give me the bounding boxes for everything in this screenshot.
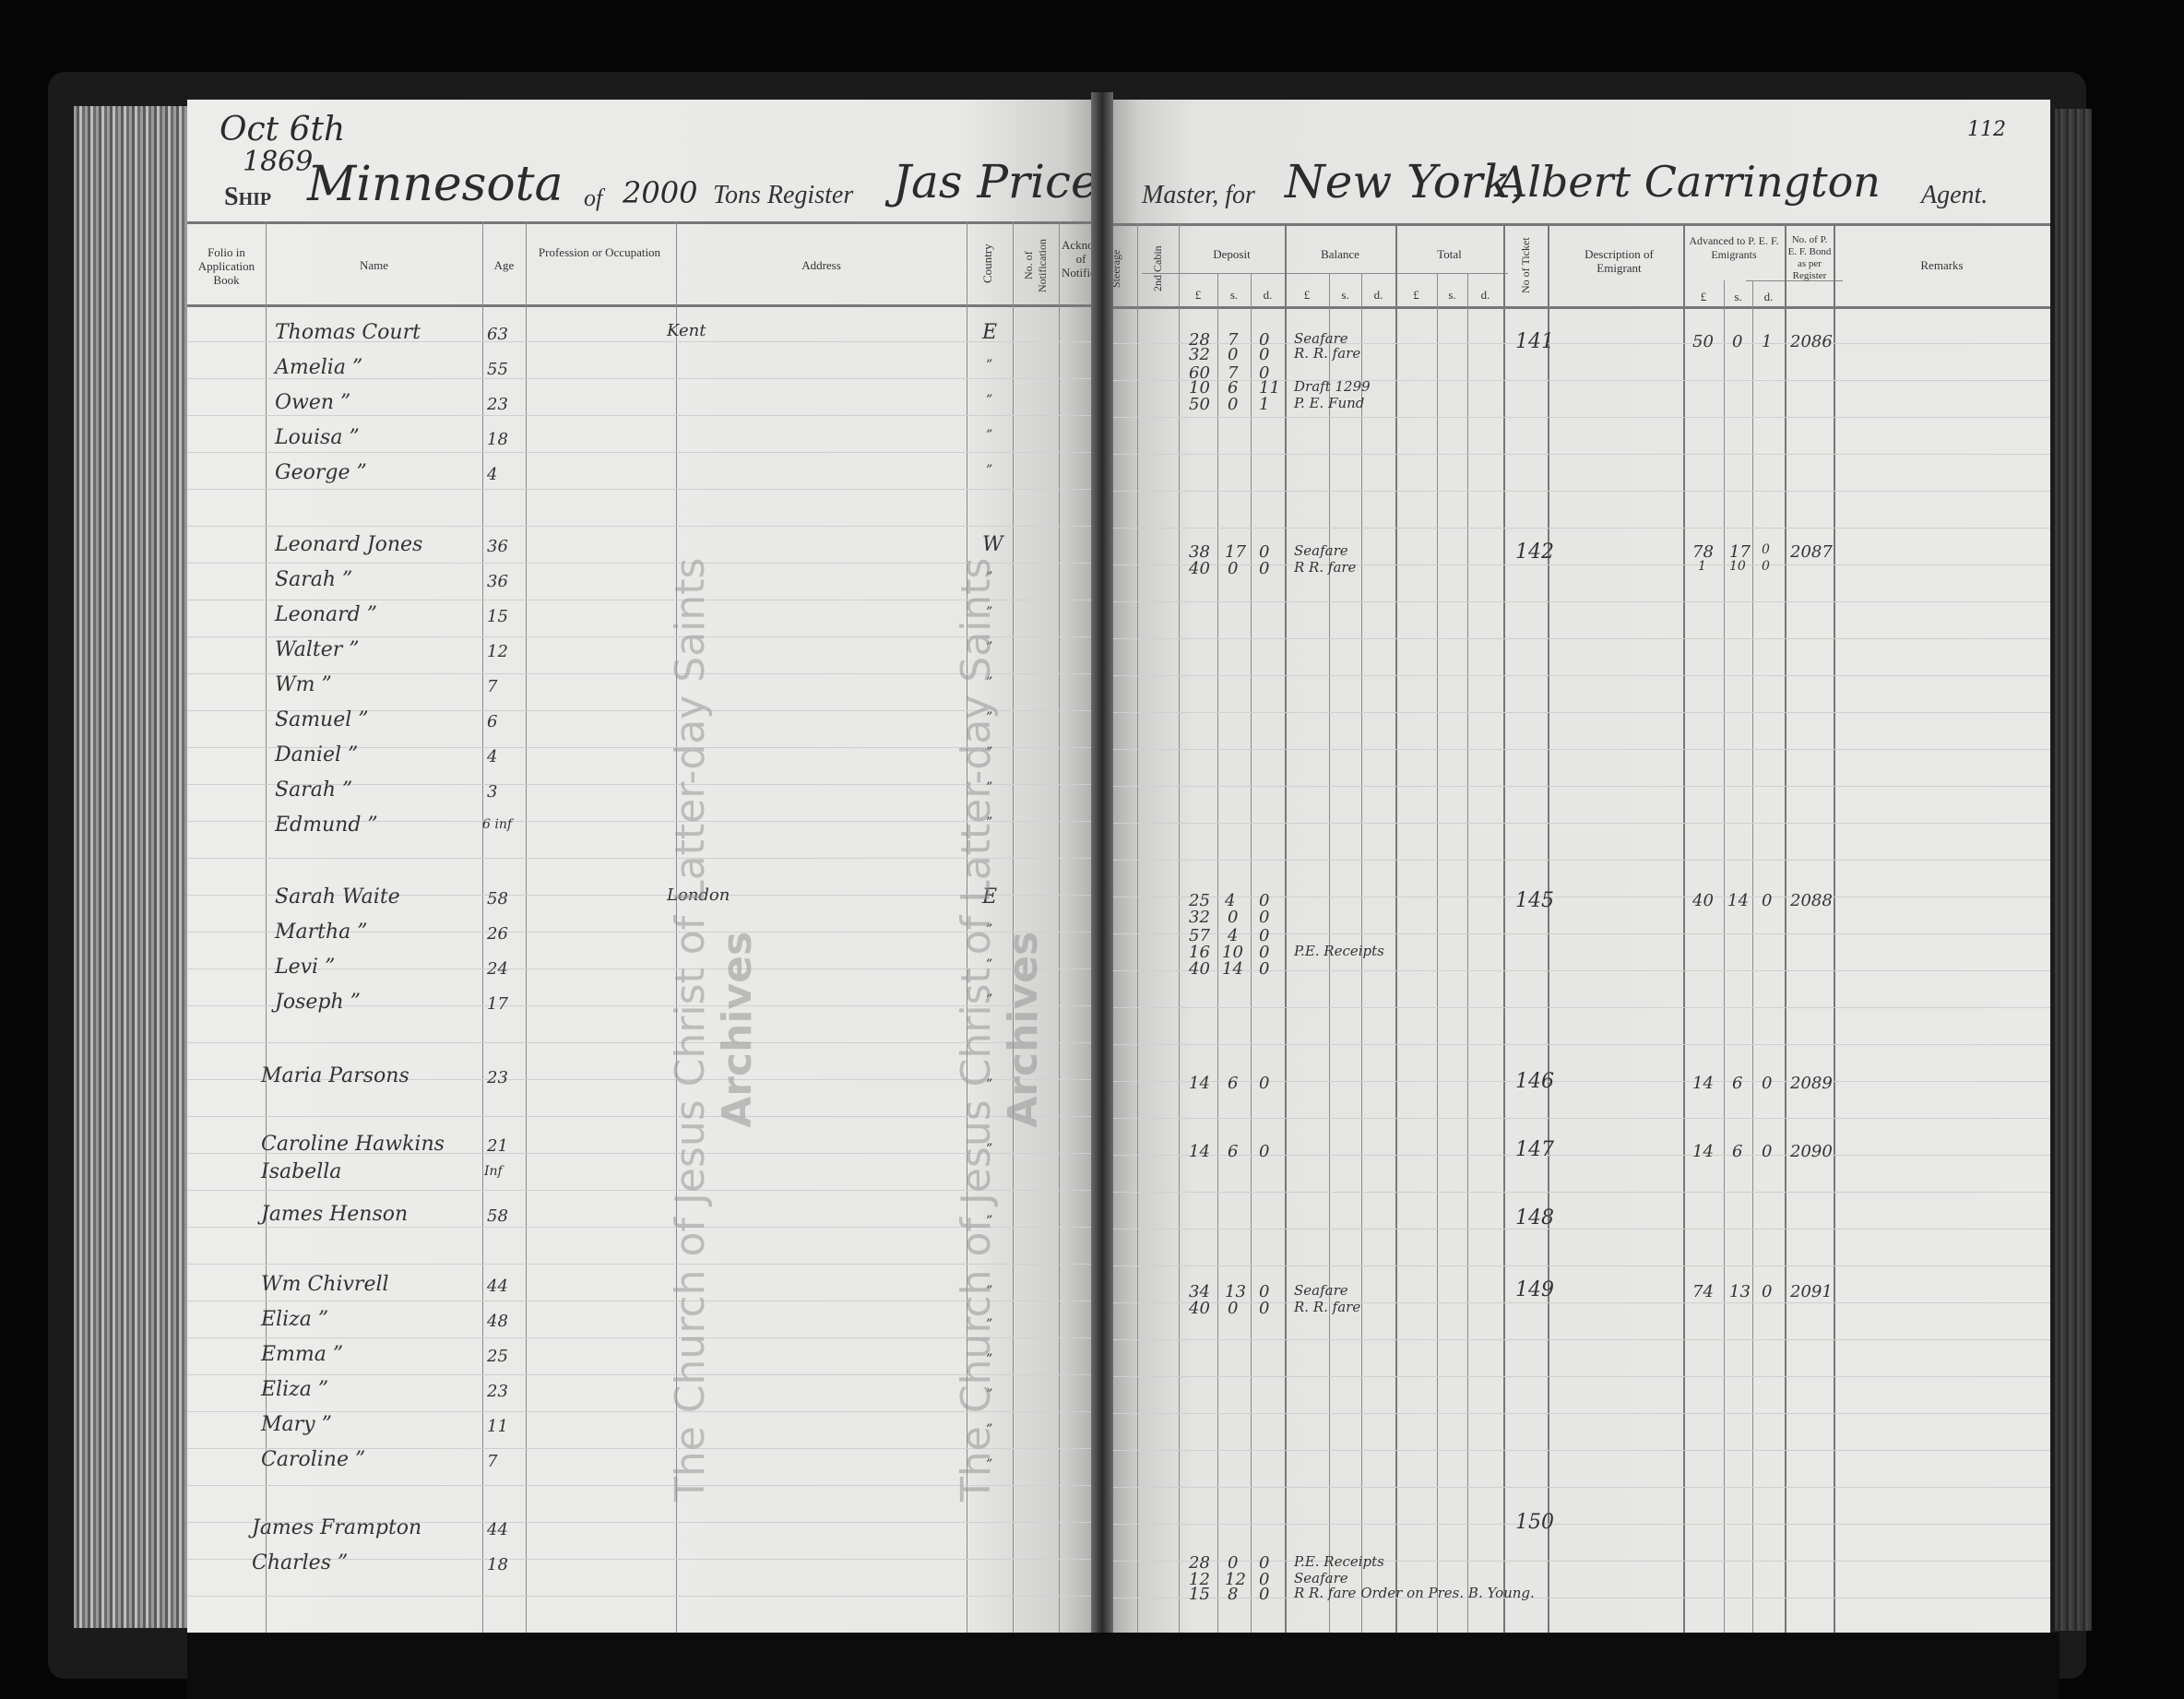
deposit-pounds: 14 bbox=[1189, 1074, 1210, 1093]
col-description: Description of Emigrant bbox=[1561, 247, 1677, 275]
advanced-pence: d. bbox=[1752, 290, 1785, 303]
row-rule bbox=[1100, 1265, 2050, 1266]
deposit-shillings: 8 bbox=[1228, 1585, 1238, 1604]
col-divider bbox=[1437, 273, 1438, 1649]
watermark-line2: Archives bbox=[1000, 558, 1047, 1502]
deposit-pounds: 40 bbox=[1189, 559, 1210, 578]
row-rule bbox=[1100, 1413, 2050, 1414]
deposit-pounds: 40 bbox=[1189, 1299, 1210, 1318]
entry-age: 44 bbox=[487, 1277, 508, 1296]
row-rule bbox=[1100, 1376, 2050, 1377]
entry-name: Daniel ” bbox=[275, 743, 358, 766]
col-profession: Profession or Occupation bbox=[530, 245, 669, 259]
entry-age: 6 bbox=[487, 712, 497, 731]
row-rule bbox=[1100, 343, 2050, 344]
col-divider bbox=[1285, 223, 1287, 1649]
total-subrule bbox=[1409, 273, 1508, 274]
advanced-shilling: s. bbox=[1724, 290, 1752, 303]
col-second-cabin: 2nd Cabin bbox=[1151, 236, 1165, 301]
deposit-pence: 1 bbox=[1259, 395, 1269, 414]
balance-pound: £ bbox=[1285, 288, 1329, 302]
entry-name: Eliza ” bbox=[261, 1308, 328, 1331]
ticket-number: 147 bbox=[1515, 1138, 1554, 1161]
entry-age: 36 bbox=[487, 572, 508, 591]
deposit-shillings: 6 bbox=[1228, 1074, 1238, 1093]
deposit-note: P.E. Receipts bbox=[1294, 1553, 1384, 1570]
row-rule bbox=[1100, 454, 2050, 455]
deposit-pence: 0 bbox=[1259, 1299, 1269, 1318]
entry-age: 23 bbox=[487, 1382, 508, 1401]
row-rule bbox=[1100, 1229, 2050, 1230]
col-divider bbox=[1724, 280, 1725, 1649]
entry-name: Samuel ” bbox=[275, 708, 369, 731]
col-divider bbox=[1548, 223, 1549, 1649]
deposit-shillings: 0 bbox=[1228, 1299, 1238, 1318]
row-rule bbox=[1100, 1524, 2050, 1525]
ticket-number: 150 bbox=[1515, 1511, 1554, 1534]
entry-name: Leonard Jones bbox=[275, 533, 422, 556]
deposit-pence: 0 bbox=[1259, 1074, 1269, 1093]
row-rule bbox=[1100, 1561, 2050, 1562]
entry-age: 7 bbox=[487, 1452, 497, 1471]
deposit-pence: 0 bbox=[1259, 1142, 1269, 1161]
ticket-number: 149 bbox=[1515, 1278, 1554, 1301]
row-rule bbox=[1100, 380, 2050, 381]
balance-pence: d. bbox=[1361, 288, 1395, 302]
entry-age: 21 bbox=[487, 1136, 508, 1156]
col-folio: Folio in Application Book bbox=[187, 245, 266, 287]
entry-age: 23 bbox=[487, 1068, 508, 1087]
entry-age: 25 bbox=[487, 1347, 508, 1366]
entry-age: Inf bbox=[484, 1164, 503, 1179]
archive-watermark: The Church of Jesus Christ of Latter-day… bbox=[953, 558, 1047, 1502]
ticket-number: 145 bbox=[1515, 889, 1554, 912]
entry-name: Leonard ” bbox=[275, 603, 377, 626]
page-number: 112 bbox=[1967, 118, 2006, 141]
deposit-shillings: 0 bbox=[1228, 908, 1238, 927]
deposit-pounds: 32 bbox=[1189, 345, 1210, 364]
header-bottom-rule bbox=[187, 304, 1100, 307]
row-rule bbox=[1100, 675, 2050, 676]
header-top-rule bbox=[187, 221, 1100, 224]
bond-number: 2088 bbox=[1790, 891, 1833, 910]
archive-watermark: The Church of Jesus Christ of Latter-day… bbox=[667, 558, 761, 1502]
destination: New York, bbox=[1285, 155, 1525, 208]
col-divider bbox=[1329, 273, 1330, 1649]
entry-age: 6 inf bbox=[482, 817, 512, 832]
advanced-shillings: 13 bbox=[1729, 1282, 1751, 1301]
advanced-pounds: 14 bbox=[1692, 1074, 1714, 1093]
advanced-pence-extra: 0 bbox=[1762, 559, 1770, 574]
col-divider bbox=[1251, 273, 1252, 1649]
entry-age: 23 bbox=[487, 395, 508, 414]
entry-age: 18 bbox=[487, 430, 508, 449]
row-rule bbox=[1100, 1598, 2050, 1598]
entry-name: Thomas Court bbox=[275, 321, 421, 344]
advanced-pounds: 50 bbox=[1692, 332, 1714, 351]
deposit-note: R R. fare Order on Pres. B. Young. bbox=[1294, 1585, 1535, 1601]
entry-address: Kent bbox=[667, 321, 706, 340]
advanced-shillings: 6 bbox=[1732, 1142, 1742, 1161]
advanced-pence: 0 bbox=[1762, 1074, 1772, 1093]
total-pence: d. bbox=[1467, 288, 1503, 302]
row-rule bbox=[187, 415, 1100, 416]
col-name: Name bbox=[266, 258, 482, 272]
ship-tons: 2000 bbox=[623, 175, 697, 210]
row-rule bbox=[1100, 897, 2050, 897]
agent-label: Agent. bbox=[1921, 181, 1988, 210]
deposit-pence: 0 bbox=[1259, 908, 1269, 927]
row-rule bbox=[1100, 1192, 2050, 1193]
entry-country: ” bbox=[986, 358, 992, 373]
advanced-shillings: 14 bbox=[1727, 891, 1749, 910]
ship-name: Minnesota bbox=[307, 157, 564, 212]
row-rule bbox=[1100, 712, 2050, 713]
deposit-subrule bbox=[1142, 273, 1303, 274]
advanced-pounds: 40 bbox=[1692, 891, 1714, 910]
entry-name: Wm ” bbox=[275, 673, 332, 696]
row-rule bbox=[1100, 860, 2050, 861]
bottom-shadow bbox=[187, 1633, 2059, 1699]
entry-name: Louisa ” bbox=[275, 426, 360, 449]
col-divider bbox=[1834, 223, 1835, 1649]
entry-name: Isabella bbox=[261, 1160, 341, 1183]
row-rule bbox=[1100, 564, 2050, 565]
col-divider bbox=[1683, 223, 1685, 1649]
entry-country: ” bbox=[986, 393, 992, 408]
deposit-note: R. R. fare bbox=[1294, 1299, 1360, 1315]
entry-name: Charles ” bbox=[252, 1551, 348, 1574]
row-rule bbox=[1100, 933, 2050, 934]
advanced-shillings: 0 bbox=[1732, 332, 1742, 351]
col-deposit: Deposit bbox=[1179, 247, 1285, 261]
advanced-pence: 0 bbox=[1762, 542, 1770, 557]
row-rule bbox=[187, 1596, 1100, 1597]
ticket-number: 148 bbox=[1515, 1206, 1554, 1230]
advanced-pence: 1 bbox=[1762, 332, 1772, 351]
entry-age: 44 bbox=[487, 1520, 508, 1539]
deposit-pounds: 40 bbox=[1189, 959, 1210, 979]
row-rule bbox=[1100, 601, 2050, 602]
row-rule bbox=[1100, 491, 2050, 492]
deposit-pence: 0 bbox=[1259, 559, 1269, 578]
advanced-pence: 0 bbox=[1762, 1282, 1772, 1301]
bond-number: 2087 bbox=[1790, 542, 1833, 562]
col-divider bbox=[1059, 221, 1060, 1649]
entry-name: James Henson bbox=[261, 1203, 408, 1226]
entry-name: Amelia ” bbox=[275, 356, 362, 379]
total-shilling: s. bbox=[1437, 288, 1467, 302]
row-rule bbox=[1100, 749, 2050, 750]
entry-age: 24 bbox=[487, 959, 508, 979]
deposit-shillings: 0 bbox=[1228, 559, 1238, 578]
ticket-number: 142 bbox=[1515, 541, 1554, 564]
deposit-note: Seafare bbox=[1294, 1282, 1348, 1299]
row-rule bbox=[1100, 1118, 2050, 1119]
tons-register-label: Tons Register bbox=[713, 181, 853, 210]
entry-name: Owen ” bbox=[275, 391, 350, 414]
entry-age: 58 bbox=[487, 889, 508, 909]
entry-name: Maria Parsons bbox=[261, 1064, 409, 1087]
col-divider bbox=[482, 221, 483, 1649]
ticket-number: 146 bbox=[1515, 1070, 1554, 1093]
row-rule bbox=[1100, 417, 2050, 418]
right-page: Master, for New York, Albert Carrington … bbox=[1100, 100, 2050, 1649]
col-divider bbox=[1395, 223, 1397, 1649]
entry-country: E bbox=[982, 321, 997, 344]
row-rule bbox=[1100, 1339, 2050, 1340]
entry-age: 26 bbox=[487, 924, 508, 944]
entry-country: W bbox=[982, 533, 1003, 556]
advanced-pounds: 14 bbox=[1692, 1142, 1714, 1161]
col-total: Total bbox=[1395, 247, 1503, 261]
deposit-pounds: 14 bbox=[1189, 1142, 1210, 1161]
deposit-note: P.E. Receipts bbox=[1294, 943, 1384, 959]
deposit-pounds: 32 bbox=[1189, 908, 1210, 927]
col-age: Age bbox=[482, 258, 526, 272]
entry-name: Caroline ” bbox=[261, 1448, 365, 1471]
row-rule bbox=[1100, 1450, 2050, 1451]
col-remarks: Remarks bbox=[1834, 258, 2050, 272]
row-rule bbox=[187, 489, 1100, 490]
header-bottom-rule bbox=[1100, 306, 2050, 309]
deposit-pence: 0 bbox=[1259, 959, 1269, 979]
col-divider bbox=[1785, 223, 1786, 1649]
row-rule bbox=[187, 526, 1100, 527]
entry-age: 18 bbox=[487, 1555, 508, 1574]
deposit-pence: 0 bbox=[1259, 345, 1269, 364]
row-rule bbox=[187, 452, 1100, 453]
entry-age: 7 bbox=[487, 677, 497, 696]
entry-age: 15 bbox=[487, 607, 508, 626]
row-rule bbox=[1100, 638, 2050, 639]
row-rule bbox=[1100, 1487, 2050, 1488]
row-rule bbox=[1100, 1155, 2050, 1156]
row-rule bbox=[1100, 786, 2050, 787]
entry-name: Joseph ” bbox=[275, 991, 361, 1014]
deposit-shillings: 0 bbox=[1228, 395, 1238, 414]
entry-name: Martha ” bbox=[275, 921, 368, 944]
deposit-pounds: 50 bbox=[1189, 395, 1210, 414]
entry-name: Emma ” bbox=[261, 1343, 343, 1366]
advanced-pence: 0 bbox=[1762, 1142, 1772, 1161]
deposit-note: Seafare bbox=[1294, 542, 1348, 559]
col-ticket-no: No of Ticket bbox=[1519, 229, 1533, 303]
entry-age: 12 bbox=[487, 642, 508, 661]
total-pound: £ bbox=[1395, 288, 1437, 302]
agent-name: Albert Carrington bbox=[1497, 157, 1881, 207]
header-top-rule bbox=[1100, 223, 2050, 226]
col-notification-no: No. of Notification bbox=[1022, 229, 1050, 303]
entry-name: Caroline Hawkins bbox=[261, 1133, 445, 1156]
entry-age: 36 bbox=[487, 537, 508, 556]
advanced-shillings: 6 bbox=[1732, 1074, 1742, 1093]
entry-age: 17 bbox=[487, 994, 508, 1014]
entry-country: ” bbox=[986, 428, 992, 443]
col-advanced: Advanced to P. E. F. Emigrants bbox=[1683, 234, 1785, 262]
entry-name: Wm Chivrell bbox=[261, 1273, 389, 1296]
entry-name: Sarah Waite bbox=[275, 885, 400, 909]
bond-number: 2090 bbox=[1790, 1142, 1833, 1161]
col-divider bbox=[1467, 273, 1468, 1649]
col-bond: No. of P. E. F. Bond as per Register bbox=[1786, 234, 1833, 282]
page-edges-right bbox=[2055, 109, 2092, 1631]
bond-number: 2091 bbox=[1790, 1282, 1833, 1301]
col-address: Address bbox=[676, 258, 967, 272]
entry-name: Sarah ” bbox=[275, 778, 352, 802]
deposit-shillings: 14 bbox=[1222, 959, 1243, 979]
entry-name: George ” bbox=[275, 461, 367, 484]
deposit-shillings: 6 bbox=[1228, 1142, 1238, 1161]
entry-name: Mary ” bbox=[261, 1413, 332, 1436]
col-divider bbox=[1179, 223, 1180, 1649]
entry-age: 58 bbox=[487, 1206, 508, 1226]
entry-name: Sarah ” bbox=[275, 568, 352, 591]
entry-name: Edmund ” bbox=[275, 814, 378, 837]
advanced-pound: £ bbox=[1683, 290, 1724, 303]
page-edges-left bbox=[74, 106, 189, 1628]
deposit-pound: £ bbox=[1179, 288, 1217, 302]
entry-name: James Frampton bbox=[252, 1516, 421, 1539]
watermark-line2: Archives bbox=[714, 558, 761, 1502]
deposit-pounds: 15 bbox=[1189, 1585, 1210, 1604]
advanced-pence: 0 bbox=[1762, 891, 1772, 910]
entry-age: 48 bbox=[487, 1312, 508, 1331]
book-gutter bbox=[1091, 92, 1113, 1660]
watermark-line1: The Church of Jesus Christ of Latter-day… bbox=[667, 558, 714, 1502]
entry-age: 11 bbox=[487, 1417, 508, 1436]
deposit-pence: d. bbox=[1251, 288, 1285, 302]
col-divider bbox=[1503, 223, 1505, 1649]
row-rule bbox=[1100, 823, 2050, 824]
col-divider bbox=[1217, 273, 1218, 1649]
row-rule bbox=[1100, 1081, 2050, 1082]
deposit-note: R R. fare bbox=[1294, 559, 1356, 576]
balance-subrule bbox=[1303, 273, 1409, 274]
row-rule bbox=[1100, 1007, 2050, 1008]
master-for-label: Master, for bbox=[1142, 181, 1255, 210]
col-divider bbox=[1752, 280, 1753, 1649]
deposit-shillings: 0 bbox=[1228, 345, 1238, 364]
watermark-line1: The Church of Jesus Christ of Latter-day… bbox=[953, 558, 1000, 1502]
row-rule bbox=[1100, 528, 2050, 529]
deposit-note: P. E. Fund bbox=[1294, 395, 1364, 411]
col-divider bbox=[526, 221, 527, 1649]
entry-age: 4 bbox=[487, 747, 497, 766]
of-label: of bbox=[584, 184, 602, 212]
advanced-pounds-extra: 1 bbox=[1698, 559, 1706, 574]
advanced-shillings-extra: 10 bbox=[1729, 559, 1746, 574]
ship-label: Ship bbox=[224, 183, 271, 212]
entry-year: 1869 bbox=[243, 146, 313, 178]
entry-age: 55 bbox=[487, 360, 508, 379]
entry-name: Walter ” bbox=[275, 638, 359, 661]
entry-name: Eliza ” bbox=[261, 1378, 328, 1401]
row-rule bbox=[1100, 1044, 2050, 1045]
ticket-number: 141 bbox=[1515, 330, 1554, 353]
row-rule bbox=[1100, 1302, 2050, 1303]
bond-number: 2089 bbox=[1790, 1074, 1833, 1093]
col-balance: Balance bbox=[1285, 247, 1395, 261]
master-name: Jas Price bbox=[893, 155, 1098, 208]
entry-date: Oct 6th bbox=[220, 111, 345, 149]
entry-name: Levi ” bbox=[275, 956, 335, 979]
entry-country: ” bbox=[986, 463, 992, 478]
deposit-note: Draft 1299 bbox=[1294, 378, 1371, 395]
col-divider bbox=[1361, 273, 1362, 1649]
entry-age: 63 bbox=[487, 325, 508, 344]
deposit-shilling: s. bbox=[1217, 288, 1251, 302]
balance-shilling: s. bbox=[1329, 288, 1361, 302]
deposit-note: R. R. fare bbox=[1294, 345, 1360, 362]
col-country: Country bbox=[980, 229, 994, 298]
col-divider bbox=[1137, 223, 1138, 1649]
entry-age: 4 bbox=[487, 465, 497, 484]
deposit-pence: 0 bbox=[1259, 1585, 1269, 1604]
bond-number: 2086 bbox=[1790, 332, 1833, 351]
entry-age: 3 bbox=[487, 782, 497, 802]
advanced-pounds: 74 bbox=[1692, 1282, 1714, 1301]
